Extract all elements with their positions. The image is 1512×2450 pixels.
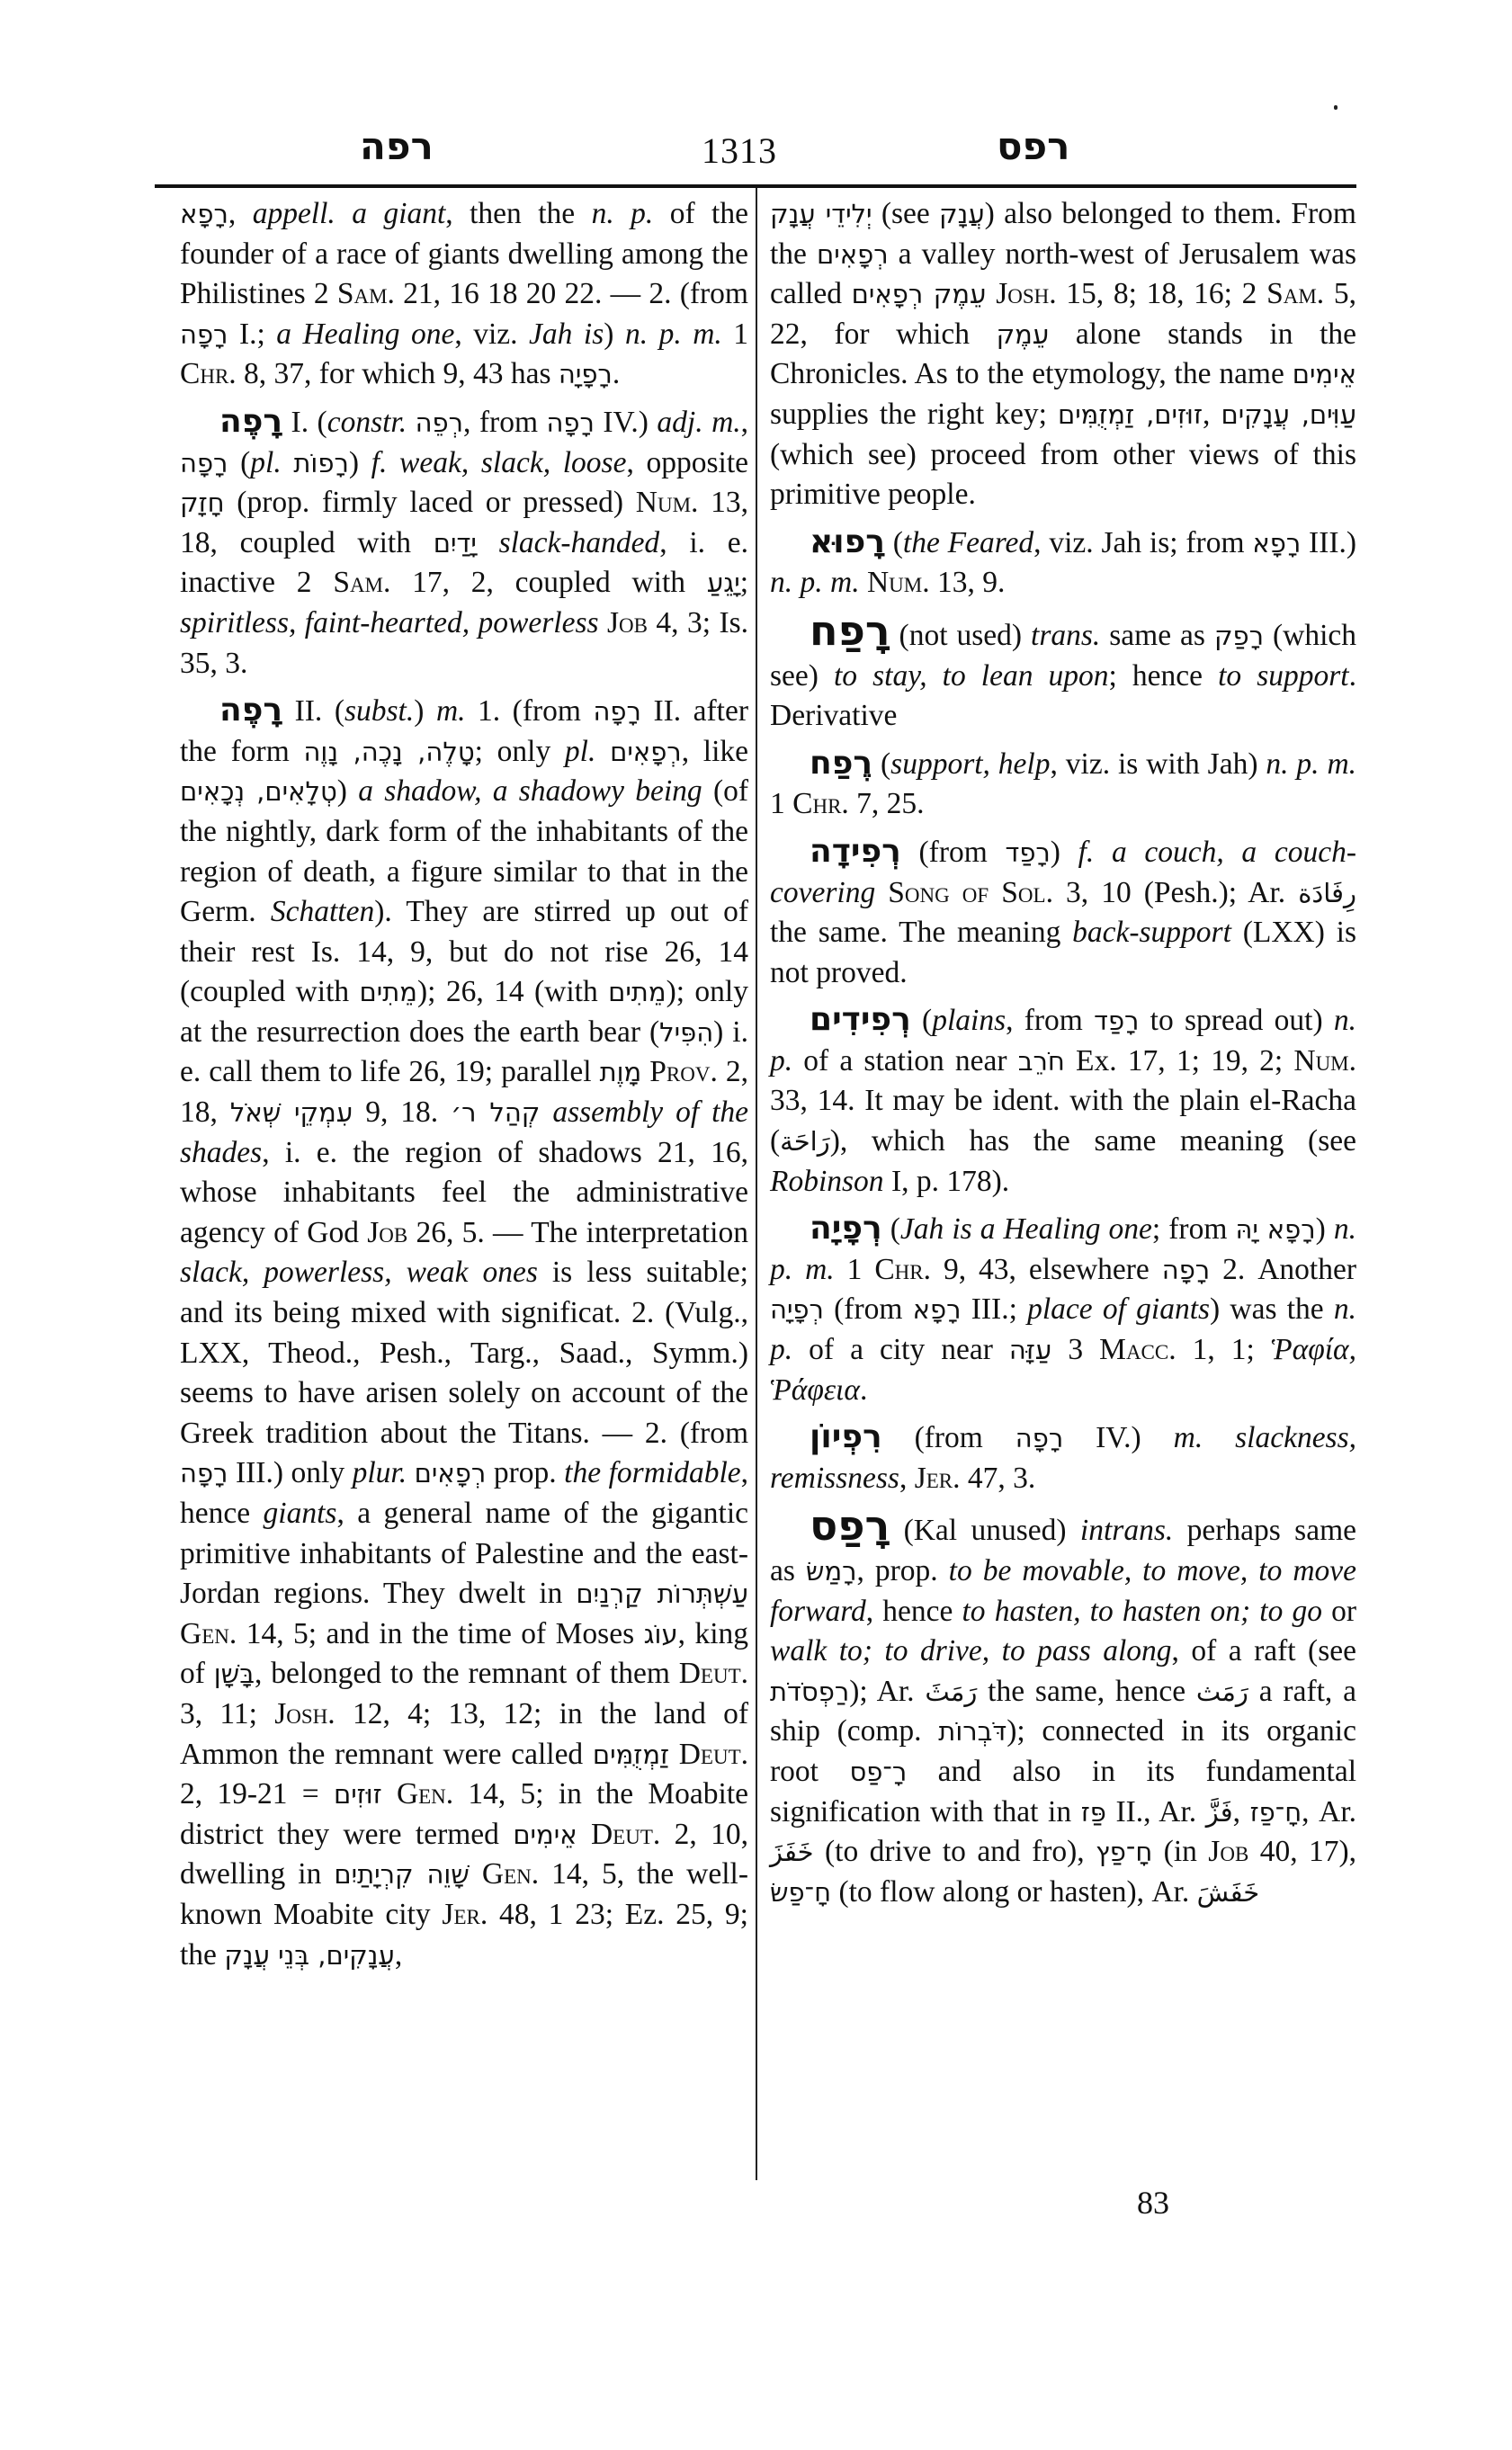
book-reference: Job: [367, 1216, 407, 1249]
entry-text: , viz. is with Jah): [1051, 747, 1266, 781]
hebrew-word: רְפָאִים: [415, 1458, 487, 1489]
book-reference: Job: [607, 606, 648, 639]
hebrew-word: רָפַד: [1094, 1006, 1139, 1036]
italic-gloss: a Healing one: [276, 317, 454, 351]
hebrew-word: רָפָה: [180, 448, 228, 478]
hebrew-word: עַזָּה: [1009, 1335, 1051, 1365]
book-reference: Gen.: [180, 1617, 237, 1650]
italic-gloss: intrans.: [1080, 1514, 1173, 1547]
dictionary-entry: רָפֶה II. (subst.) m. 1. (from רָפָה II.…: [180, 691, 748, 1975]
book-reference: Deut.: [679, 1657, 748, 1690]
entry-text: [987, 277, 997, 310]
book-reference: Prov.: [649, 1055, 718, 1088]
entry-text: prop.: [486, 1456, 564, 1489]
entry-text: II., Ar.: [1106, 1795, 1206, 1829]
italic-gloss: n. p. m.: [625, 317, 722, 351]
hebrew-word: חָ־פַץ: [1096, 1837, 1152, 1867]
entry-text: of a station near: [792, 1044, 1018, 1077]
entry-text: 21, 16 18 20 22. — 2. (from: [395, 277, 748, 310]
hebrew-word: רָפָא יָהּ: [1235, 1214, 1315, 1245]
entry-text: ;: [740, 566, 748, 599]
entry-text: ; hence: [1109, 659, 1219, 693]
entry-text: .: [613, 357, 620, 390]
italic-gloss: n. p.: [592, 197, 654, 230]
dictionary-entry: רֶפַח (support, help, viz. is with Jah) …: [770, 744, 1356, 825]
book-reference: Deut.: [679, 1738, 748, 1771]
hebrew-word: חֹרֵב: [1018, 1046, 1065, 1077]
italic-gloss: to hasten, to hasten on; to go: [962, 1595, 1322, 1628]
entry-text: [407, 406, 415, 439]
hebrew-word: רָפָיָה: [559, 359, 613, 389]
book-reference: Job: [1208, 1835, 1248, 1868]
italic-gloss: adj. m.: [657, 406, 740, 439]
entry-text: [669, 1738, 679, 1771]
hebrew-word: טָלֶה, נָכֶה, נָוֶה: [303, 737, 474, 767]
entry-text: (from: [901, 836, 1006, 869]
entry-text: , Ar.: [1302, 1795, 1356, 1829]
entry-text: 17, 2, coupled with: [390, 566, 706, 599]
entry-text: ,: [741, 406, 748, 439]
entry-text: [577, 1818, 591, 1851]
hebrew-word: עַוִּים, עֲנָקִים: [1221, 399, 1356, 430]
entry-text: [875, 876, 888, 909]
entry-text: 3, 11;: [180, 1697, 274, 1730]
entry-text: [595, 735, 610, 768]
entry-text: (Kal unused): [890, 1514, 1080, 1547]
hebrew-word: עֲנָקִים, בְּנֵי עֲנָק: [224, 1940, 395, 1971]
entry-text: 40, 17),: [1248, 1835, 1356, 1868]
arabic-word: فَزَّ: [1206, 1797, 1233, 1828]
hebrew-word: הִפִּיל: [659, 1017, 713, 1048]
italic-gloss: support, help: [890, 747, 1050, 781]
entry-text: ): [1051, 836, 1078, 869]
book-reference: Chr.: [792, 787, 849, 820]
italic-gloss: spiritless, faint-hearted, powerless: [180, 606, 599, 639]
entry-text: , viz.: [454, 317, 529, 351]
hebrew-word: עוֹג: [644, 1619, 678, 1650]
entry-text: to spread out): [1139, 1004, 1333, 1037]
entry-text: III.) only: [228, 1456, 352, 1489]
entry-text: (from: [824, 1292, 913, 1326]
entry-text: (to drive to and fro),: [814, 1835, 1096, 1868]
italic-gloss: a shadow, a shadowy being: [358, 774, 702, 808]
book-reference: Gen.: [397, 1777, 453, 1811]
hebrew-word: עֵמֶק: [997, 319, 1050, 350]
right-column: יְלִידֵי עֲנָק (see עֲנָק) also belonged…: [770, 194, 1356, 1919]
entry-text: Ex. 17, 1; 19, 2;: [1065, 1044, 1294, 1077]
entry-text: , from: [463, 406, 546, 439]
entry-text: of a city near: [792, 1333, 1009, 1366]
dictionary-entry: רָפַס (Kal unused) intrans. perhaps same…: [770, 1506, 1356, 1912]
entry-text: 1: [770, 787, 792, 820]
entry-headword: רָפַס: [810, 1501, 890, 1550]
entry-text: (see: [872, 197, 940, 230]
italic-gloss: pl.: [565, 735, 595, 768]
italic-gloss: subst.: [344, 694, 414, 728]
hebrew-word: יְלִידֵי עֲנָק: [770, 199, 872, 229]
entry-text: 8, 37, for which 9, 43 has: [237, 357, 559, 390]
entry-text: ), which has the same meaning (see: [830, 1124, 1356, 1158]
italic-gloss: to stay, to lean upon: [834, 659, 1109, 693]
hebrew-word: זוּזִים: [334, 1779, 382, 1810]
hebrew-word: מָוֶת: [600, 1057, 642, 1087]
entry-text: 7, 25.: [849, 787, 925, 820]
entry-text: 2. Another: [1210, 1253, 1356, 1286]
entry-headword: רְפִידִים: [810, 1001, 911, 1038]
hebrew-word: רָפָה: [1015, 1423, 1063, 1453]
book-reference: Num.: [867, 566, 930, 599]
hebrew-word: רָפַד: [1005, 837, 1050, 868]
hebrew-word: עֲנָק: [939, 199, 985, 229]
book-reference: Jer.: [915, 1462, 961, 1495]
hebrew-word: אֵימִים: [513, 1820, 577, 1850]
hebrew-word: רָפָא: [1252, 528, 1301, 559]
running-head: רפה 1313 רפס: [155, 124, 1356, 178]
entry-text: (: [872, 747, 890, 781]
hebrew-word: רָפָה: [546, 407, 594, 438]
page-number: 1313: [702, 130, 777, 172]
entry-text: supplies the right key;: [770, 398, 1058, 431]
hebrew-word: רַפְסֹדֹת: [770, 1677, 849, 1707]
entry-text: (: [885, 526, 903, 559]
hebrew-word: דֹּבְרוֹת: [938, 1716, 1007, 1747]
book-reference: Deut.: [591, 1818, 660, 1851]
hebrew-word: רְפָאִים: [610, 737, 682, 767]
right-catchword: רפס: [997, 124, 1069, 168]
hebrew-word: רְפָיָה: [770, 1294, 824, 1325]
dictionary-entry: רִפְיוֹן (from רָפָה IV.) m. slackness, …: [770, 1417, 1356, 1498]
book-reference: Gen.: [482, 1857, 539, 1891]
hebrew-word: רְפָאִים: [817, 239, 889, 270]
entry-text: (: [882, 1212, 900, 1246]
entry-text: the same. The meaning: [770, 916, 1072, 949]
column-divider: [756, 188, 757, 2180]
entry-headword: רְפִידָה: [810, 833, 901, 870]
entry-text: , hence: [866, 1595, 962, 1628]
entry-text: ,: [1233, 1795, 1250, 1829]
entry-text: 1. (from: [466, 694, 594, 728]
hebrew-word: רְפֵה: [416, 407, 463, 438]
italic-gloss: plur.: [353, 1456, 407, 1489]
hebrew-word: שָׁוֵה קִרְיָתַיִם: [334, 1859, 469, 1890]
dictionary-entry: יְלִידֵי עֲנָק (see עֲנָק) also belonged…: [770, 194, 1356, 515]
hebrew-word: חָ־פַז: [1250, 1797, 1302, 1828]
entry-text: , then the: [445, 197, 591, 230]
hebrew-word: חָזָק: [180, 487, 225, 518]
book-reference: Josh.: [996, 277, 1056, 310]
entry-text: [382, 1777, 397, 1811]
arabic-word: رَاحَة: [780, 1126, 830, 1157]
italic-gloss: n. p. m.: [770, 566, 860, 599]
entry-headword: רֶפַח: [810, 745, 872, 782]
italic-gloss: constr.: [327, 406, 407, 439]
entry-text: [282, 446, 294, 479]
hebrew-word: זוּזִים, זַמְזֻמִּים: [1058, 399, 1203, 430]
dictionary-entry: רָפֶה I. (constr. רְפֵה, from רָפָה IV.)…: [180, 402, 748, 684]
book-reference: Chr.: [874, 1253, 931, 1286]
entry-text: 9, 18.: [353, 1095, 451, 1129]
italic-gloss: Jah is a Healing one: [900, 1212, 1152, 1246]
entry-text: [641, 1055, 649, 1088]
entry-text: III.;: [962, 1292, 1028, 1326]
italic-gloss: the Feared: [903, 526, 1033, 559]
book-reference: Chr.: [180, 357, 237, 390]
hebrew-word: רָפָה: [1162, 1255, 1210, 1285]
entry-text: [470, 1857, 482, 1891]
entry-text: [477, 526, 499, 559]
hebrew-word: רָמַשׂ: [806, 1556, 857, 1587]
hebrew-word: יָדַיִם: [434, 528, 477, 559]
arabic-word: خَفَزَ: [770, 1837, 814, 1867]
hebrew-word: עִמְקֵי שְׁאֹל: [230, 1097, 353, 1128]
entry-text: 26, 5. — The interpretation: [407, 1216, 748, 1249]
arabic-word: رَمَثَ: [925, 1677, 977, 1707]
italic-gloss: slack, powerless, weak ones: [180, 1256, 538, 1289]
entry-text: 9, 43, elsewhere: [931, 1253, 1162, 1286]
entry-text: [407, 1456, 415, 1489]
book-reference: Sam.: [1266, 277, 1324, 310]
hebrew-word: קְהַל ר׳: [451, 1097, 540, 1128]
hebrew-word: פַּז: [1081, 1797, 1106, 1828]
arabic-word: خَفَشَ: [1197, 1877, 1260, 1908]
entry-text: ,: [228, 197, 253, 230]
hebrew-word: רָפָה: [593, 696, 640, 727]
entry-text: [540, 1095, 552, 1129]
entry-text: , from: [1006, 1004, 1094, 1037]
entry-headword: רָפוּא: [810, 523, 885, 560]
book-reference: Num.: [636, 486, 699, 519]
hebrew-word: אֵימִים: [1293, 359, 1356, 389]
entry-text: [599, 606, 607, 639]
entry-text: ): [414, 694, 436, 728]
entry-text: III.): [1301, 526, 1356, 559]
italic-gloss: Schatten: [271, 895, 374, 928]
entry-text: (to flow along or hasten), Ar.: [831, 1875, 1197, 1909]
book-reference: Macc.: [1099, 1333, 1176, 1366]
hebrew-word: יָגֵעַ: [707, 568, 740, 598]
entry-text: ): [604, 317, 625, 351]
entry-text: (: [911, 1004, 932, 1037]
hebrew-word: מֵתִים: [608, 977, 667, 1007]
entry-text: IV.): [1063, 1421, 1173, 1454]
book-reference: Sam.: [337, 277, 395, 310]
dictionary-page: רפה 1313 רפס רָפָא, appell. a giant, the…: [0, 0, 1512, 2450]
entry-text: (which see) proceed from other views of …: [770, 438, 1356, 512]
italic-gloss: plains: [932, 1004, 1006, 1037]
italic-gloss: Robinson: [770, 1165, 884, 1198]
hebrew-word: חָ־פַשׂ: [770, 1877, 831, 1908]
italic-gloss: giants: [264, 1497, 337, 1530]
entry-headword: רָפֶה: [219, 692, 282, 729]
entry-text: 47, 3.: [961, 1462, 1036, 1495]
entry-text: ): [337, 774, 358, 808]
italic-gloss: the formidable: [564, 1456, 741, 1489]
hebrew-word: מֵתִים: [360, 977, 418, 1007]
entry-text: ,: [899, 1462, 915, 1495]
entry-text: I, p. 178).: [884, 1165, 1010, 1198]
entry-text: ): [1316, 1212, 1334, 1246]
italic-gloss: pl.: [250, 446, 281, 479]
entry-headword: רָפַח: [810, 606, 890, 655]
italic-gloss: n. p. m.: [1266, 747, 1356, 781]
dictionary-entry: רָפַח (not used) trans. same as רָפַק (w…: [770, 611, 1356, 737]
hebrew-word: רָפָה: [180, 1458, 228, 1489]
hebrew-word: רָפָא: [913, 1294, 962, 1325]
entry-text: , belonged to the remnant of them: [255, 1657, 679, 1690]
dictionary-entry: רְפָיָה (Jah is a Healing one; from רָפָ…: [770, 1209, 1356, 1410]
entry-text: ); Ar.: [849, 1675, 925, 1708]
entry-text: (from: [882, 1421, 1015, 1454]
entry-text: , of a raft (see: [1172, 1634, 1356, 1668]
dictionary-entry: רְפִידָה (from רָפַד) f. a couch, a couc…: [770, 832, 1356, 993]
hebrew-word: טְלָאִים, נְכָאִים: [180, 776, 337, 807]
entry-text: ; from: [1152, 1212, 1236, 1246]
italic-gloss: f. weak, slack, loose: [371, 446, 627, 479]
hebrew-word: רָפַק: [1214, 621, 1264, 651]
left-column: רָפָא, appell. a giant, then the n. p. o…: [180, 194, 748, 1982]
entry-text: same as: [1100, 619, 1214, 652]
entry-text: .: [860, 1373, 867, 1407]
entry-text: 2, 19-21 =: [180, 1777, 334, 1811]
hebrew-word: רָ־פַס: [849, 1757, 907, 1787]
dictionary-entry: רָפָא, appell. a giant, then the n. p. o…: [180, 194, 748, 395]
entry-text: , opposite: [626, 446, 748, 479]
entry-headword: רְפָיָה: [810, 1210, 882, 1247]
hebrew-word: רָפוֹת: [293, 448, 348, 478]
entry-text: 3, 10 (Pesh.); Ar.: [1053, 876, 1298, 909]
italic-gloss: back-support: [1072, 916, 1231, 949]
entry-text: 13, 9.: [930, 566, 1006, 599]
hebrew-word: בָּשָׁן: [214, 1659, 255, 1689]
left-catchword: רפה: [360, 124, 434, 168]
entry-text: 1: [835, 1253, 875, 1286]
entry-text: 15, 8; 18, 16; 2: [1057, 277, 1266, 310]
entry-text: ); 26, 14 (with: [417, 975, 608, 1008]
entry-text: II. (: [282, 694, 344, 728]
italic-gloss: walk to; to drive, to pass along: [770, 1634, 1172, 1668]
entry-text: [860, 566, 867, 599]
book-reference: Song of Sol.: [888, 876, 1053, 909]
entry-text: ): [349, 446, 371, 479]
entry-text: (not used): [890, 619, 1031, 652]
hebrew-word: עַשְׁתְּרוֹת קַרְנַיִם: [576, 1578, 748, 1609]
entry-headword: רָפֶה: [219, 403, 282, 440]
entry-text: , viz. Jah is; from: [1033, 526, 1252, 559]
entry-text: 3: [1051, 1333, 1099, 1366]
book-reference: Num.: [1293, 1044, 1356, 1077]
dictionary-entry: רְפִידִים (plains, from רָפַד to spread …: [770, 1000, 1356, 1202]
arabic-word: رِفَادَة: [1298, 878, 1356, 908]
hebrew-word: רָפָה: [180, 319, 228, 350]
italic-gloss: to support: [1218, 659, 1349, 693]
entry-text: (: [228, 446, 250, 479]
entry-text: ,: [395, 1938, 402, 1972]
entry-text: I. (: [282, 406, 327, 439]
hebrew-word: רָפָא: [180, 199, 228, 229]
print-speck: [1334, 105, 1338, 110]
entry-text: , like: [682, 735, 748, 768]
entry-text: IV.): [595, 406, 658, 439]
entry-text: , prop.: [857, 1554, 949, 1587]
entry-text: 1: [722, 317, 748, 351]
hebrew-word: עֵמֶק רְפָאִים: [852, 279, 987, 309]
book-reference: Josh.: [274, 1697, 335, 1730]
book-reference: Jer.: [442, 1898, 488, 1931]
entry-text: 14, 5; and in the time of Moses: [237, 1617, 643, 1650]
entry-text: or: [1322, 1595, 1356, 1628]
entry-text: ) was the: [1210, 1292, 1334, 1326]
signature-mark: 83: [1137, 2184, 1169, 2222]
book-reference: Sam.: [333, 566, 390, 599]
arabic-word: رَمَث: [1196, 1677, 1248, 1707]
entry-text: the same, hence: [977, 1675, 1196, 1708]
italic-gloss: Jah is: [529, 317, 604, 351]
italic-gloss: appell. a giant: [253, 197, 446, 230]
entry-text: 1, 1;: [1176, 1333, 1271, 1366]
entry-text: ,: [1203, 398, 1221, 431]
italic-gloss: slack-handed: [499, 526, 660, 559]
entry-text: ; only: [475, 735, 565, 768]
italic-gloss: m.: [436, 694, 466, 728]
italic-gloss: place of giants: [1027, 1292, 1210, 1326]
hebrew-word: זַמְזֻמִּים: [593, 1739, 669, 1770]
italic-gloss: trans.: [1031, 619, 1100, 652]
entry-text: (in: [1152, 1835, 1208, 1868]
entry-text: I.;: [228, 317, 276, 351]
entry-text: (prop. firmly laced or pressed): [225, 486, 636, 519]
entry-headword: רִפְיוֹן: [810, 1418, 882, 1455]
dictionary-entry: רָפוּא (the Feared, viz. Jah is; from רָ…: [770, 523, 1356, 604]
